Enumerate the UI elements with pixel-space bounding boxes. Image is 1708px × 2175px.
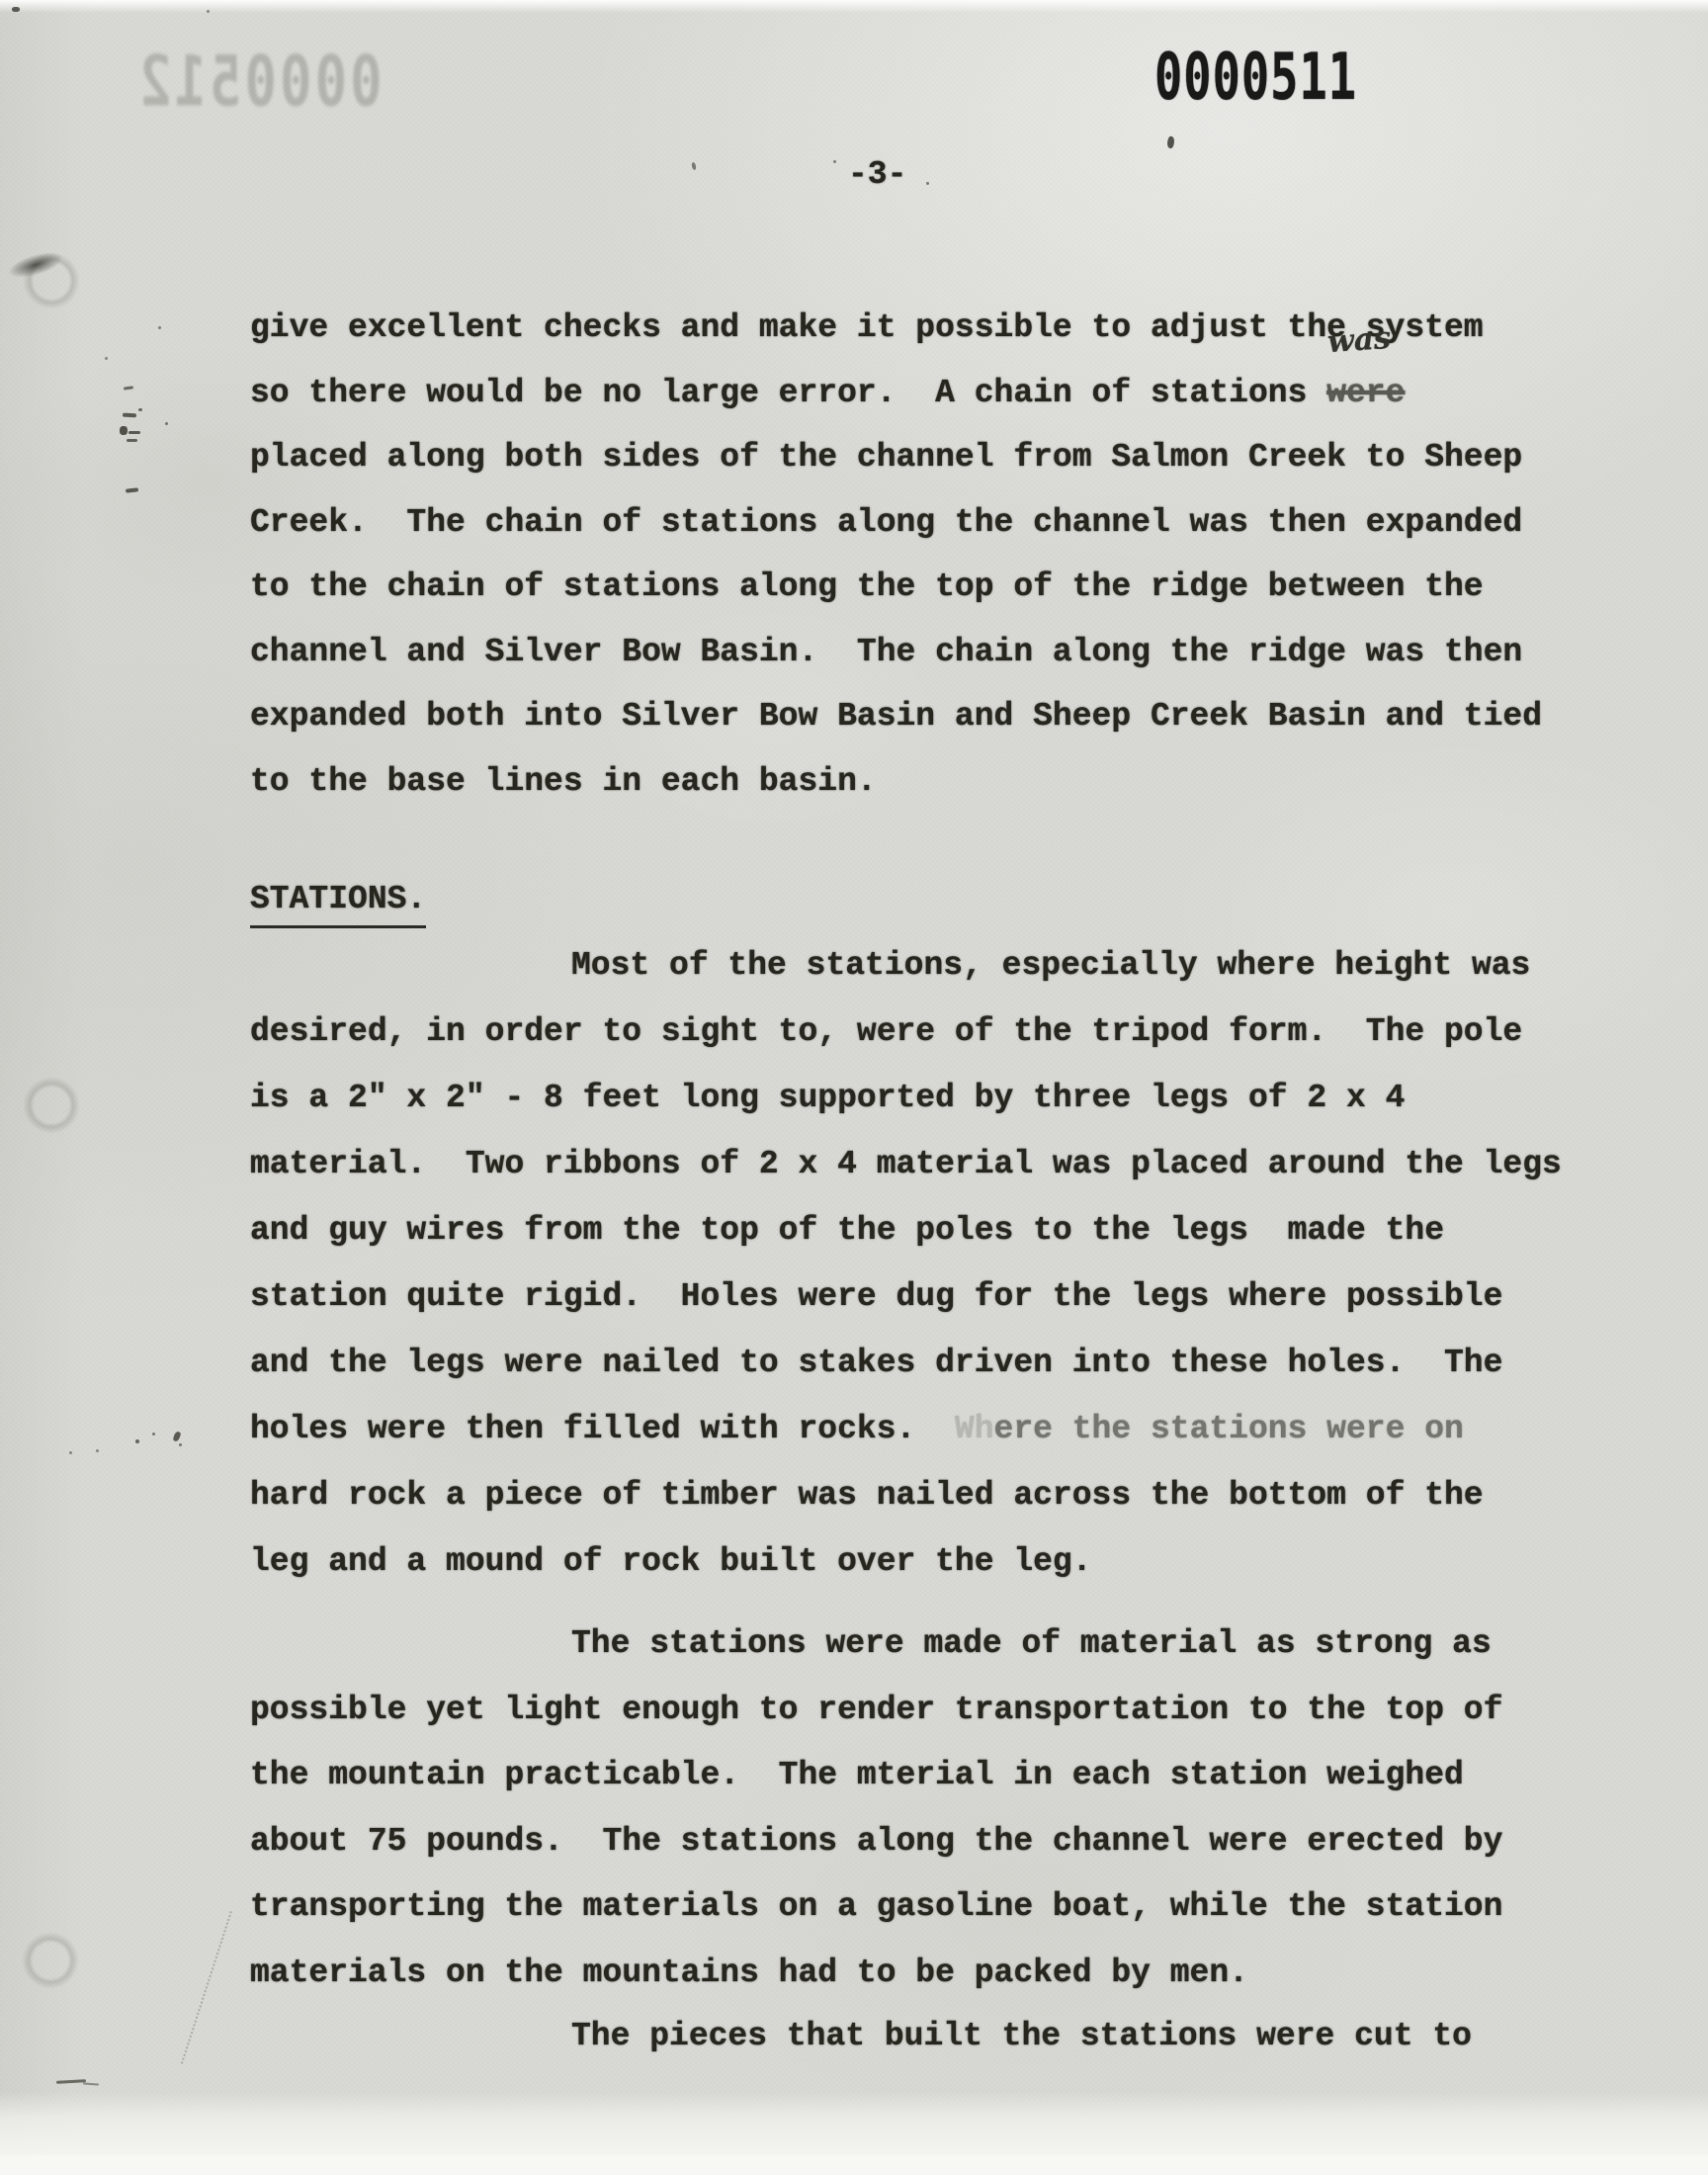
paragraph-stations-build: Most of the stations, especially where h… xyxy=(250,932,1562,1595)
margin-mark xyxy=(124,386,133,390)
typed-line: to the base lines in each basin. xyxy=(250,749,1542,815)
scanned-document-page: { "colors": { "paper": "#d8d8d4", "ink":… xyxy=(0,0,1708,2175)
margin-scribble xyxy=(120,426,128,435)
handwritten-correction: was xyxy=(1326,323,1392,358)
typed-line: desired, in order to sight to, were of t… xyxy=(250,999,1562,1065)
bottom-scratch xyxy=(56,2079,86,2084)
ink-tick-mark xyxy=(1165,135,1175,148)
scan-bottom-band xyxy=(0,2092,1708,2155)
struck-out-word: were xyxy=(1326,375,1405,411)
typed-line: placed along both sides of the channel f… xyxy=(250,425,1542,490)
scan-bottom-edge xyxy=(0,2155,1708,2175)
typed-line: hard rock a piece of timber was nailed a… xyxy=(250,1462,1562,1528)
section-heading: STATIONS. xyxy=(250,880,426,928)
typed-line: channel and Silver Bow Basin. The chain … xyxy=(250,620,1542,685)
section-heading-text: STATIONS. xyxy=(250,880,426,928)
paper-speck xyxy=(926,182,929,185)
typed-line: and guy wires from the top of the poles … xyxy=(250,1197,1562,1263)
paper-speck xyxy=(165,422,168,425)
punch-hole-bottom xyxy=(24,1934,77,1987)
paper-speck xyxy=(96,1449,99,1452)
paper-speck xyxy=(152,1433,155,1435)
typed-line: the mountain practicable. The mterial in… xyxy=(250,1743,1502,1809)
typed-line: to the chain of stations along the top o… xyxy=(250,555,1542,620)
typed-line: material. Two ribbons of 2 x 4 material … xyxy=(250,1131,1562,1197)
light-ink-text: ere the stations were on xyxy=(994,1411,1464,1447)
margin-squiggle xyxy=(173,1431,182,1441)
typed-line: The pieces that built the stations were … xyxy=(250,2004,1472,2069)
margin-mark xyxy=(138,408,142,411)
punch-hole-middle xyxy=(25,1079,78,1132)
typed-text: so there would be no large error. A chai… xyxy=(250,375,1326,411)
paper-crease xyxy=(181,1911,232,2064)
paragraph-triangulation: give excellent checks and make it possib… xyxy=(250,296,1542,814)
margin-mark xyxy=(123,413,136,417)
paper-speck xyxy=(691,162,697,171)
typed-line: transporting the materials on a gasoline… xyxy=(250,1874,1502,1941)
typed-line-with-correction: so there would be no large error. A chai… xyxy=(250,361,1542,426)
paper-speck xyxy=(158,326,161,329)
page-number: -3- xyxy=(848,156,906,193)
bottom-scratch xyxy=(83,2082,99,2085)
typed-line: materials on the mountains had to be pac… xyxy=(250,1941,1502,2007)
margin-scribble xyxy=(128,431,140,434)
paragraph-pieces: The pieces that built the stations were … xyxy=(250,2004,1472,2069)
typed-line: about 75 pounds. The stations along the … xyxy=(250,1809,1502,1875)
paper-speck xyxy=(105,357,108,360)
bleed-through-stamp: 0000512 xyxy=(136,47,383,117)
paragraph-materials: The stations were made of material as st… xyxy=(250,1611,1502,2006)
faded-ink-text: Wh xyxy=(955,1411,994,1447)
margin-scribble xyxy=(127,439,137,442)
paper-speck xyxy=(69,1451,72,1454)
paper-speck xyxy=(135,1439,139,1443)
margin-mark xyxy=(126,487,138,492)
typed-line: station quite rigid. Holes were dug for … xyxy=(250,1263,1562,1330)
typed-line: leg and a mound of rock built over the l… xyxy=(250,1528,1562,1595)
typed-line: Creek. The chain of stations along the c… xyxy=(250,490,1542,556)
typed-line: is a 2" x 2" - 8 feet long supported by … xyxy=(250,1065,1562,1131)
paper-speck xyxy=(179,1443,182,1446)
scan-top-edge xyxy=(0,0,1708,13)
typed-line: The stations were made of material as st… xyxy=(250,1611,1502,1678)
typed-line: and the legs were nailed to stakes drive… xyxy=(250,1330,1562,1396)
corner-speck xyxy=(12,7,20,12)
typed-line-faded-word: holes were then filled with rocks. Where… xyxy=(250,1396,1562,1462)
paper-speck xyxy=(207,10,210,13)
typed-line: Most of the stations, especially where h… xyxy=(250,932,1562,999)
page-stamp-number: 0000511 xyxy=(1154,45,1357,110)
paper-speck xyxy=(833,160,836,163)
typed-line: expanded both into Silver Bow Basin and … xyxy=(250,684,1542,749)
typed-text: holes were then filled with rocks. xyxy=(250,1411,955,1447)
typed-line: possible yet light enough to render tran… xyxy=(250,1678,1502,1744)
